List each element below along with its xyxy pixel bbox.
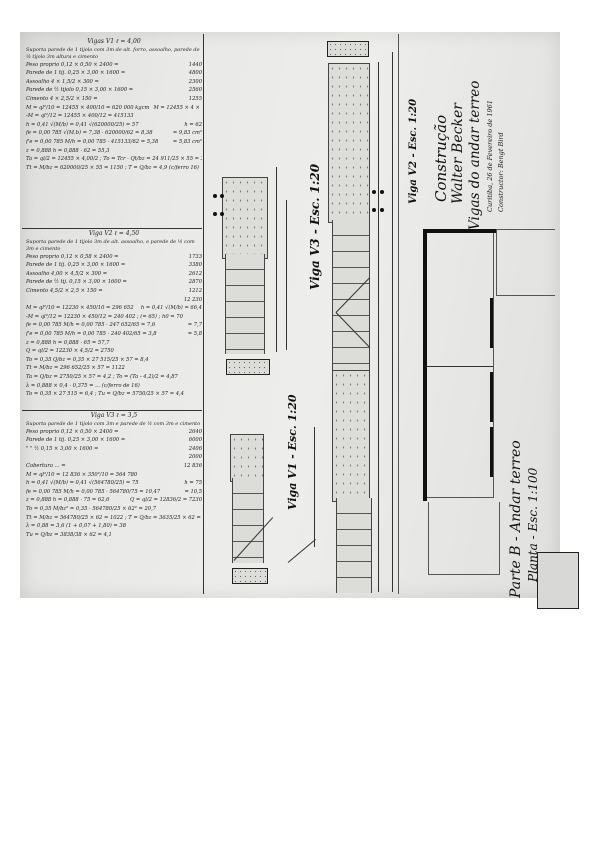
calc-expression: Ta = ql/2 = 12455 × 4,00/2 ; To = Tcr · … bbox=[26, 155, 202, 164]
calc-row: Parede de ½ tijolo 0,15 × 3,00 × 1600 =2… bbox=[26, 86, 202, 95]
section-divider bbox=[22, 228, 202, 229]
drawing-label-v1: Viga V1 - Esc. 1:20 bbox=[286, 394, 299, 510]
calc-row: fe = 0,00 785 M/h = 0,00 785 · 564780/75… bbox=[26, 488, 202, 497]
calc-value: 1440 bbox=[189, 61, 202, 70]
calc-expression: To = 0,35 Q/bz = 0,35 × 27 515/25 × 57 =… bbox=[26, 356, 149, 365]
calc-expression: Tt = M/bz = 620000/25 × 55 = 1150 ; T = … bbox=[26, 164, 199, 173]
calc-value: 3380 bbox=[189, 261, 202, 270]
drawing-label-v3: Viga V3 - Esc. 1:20 bbox=[308, 164, 322, 290]
calc-value: h = 75 bbox=[184, 479, 202, 488]
calc-expression: Peso proprio 0,12 × 0,58 × 2400 = bbox=[26, 253, 119, 262]
drawing-sheet: Vigas V1 ℓ = 4,00 Suporta parede de 1 ti… bbox=[20, 32, 560, 598]
calc-row: fe = 0,00 785 √(M.b) = 7,38 · 620000/62 … bbox=[26, 129, 202, 138]
calc-block-v1: Vigas V1 ℓ = 4,00 Suporta parede de 1 ti… bbox=[26, 38, 202, 172]
calc-value: 2870 bbox=[189, 278, 202, 287]
calc-row: Tu = Q/bz = 3838/38 × 62 = 4,1 bbox=[26, 531, 202, 540]
drawing-label-v2: Viga V2 - Esc. 1:20 bbox=[408, 99, 419, 204]
calc-row: Cobertura ... =12 836 bbox=[26, 462, 202, 471]
calc-value: 2406 bbox=[189, 445, 202, 454]
calc-expression: Parede de 1 tij. 0,25 × 3,00 × 1600 = bbox=[26, 261, 125, 270]
plan-lower-area bbox=[428, 502, 500, 575]
calc-row: Peso proprio 0,12 × 0,58 × 2400 =1733 bbox=[26, 253, 202, 262]
calc-title: Viga V3 ℓ = 3,5 bbox=[26, 412, 202, 421]
calc-expression: Parede de ½ tij. 0,15 × 3,00 × 1600 = bbox=[26, 278, 127, 287]
title-line-4: Curitiba, 26 de Fevereiro de 1961 bbox=[486, 100, 494, 212]
calc-row: h = 0,41 √(M/b) = 0,41 √(620000/25) = 57… bbox=[26, 121, 202, 130]
calc-expression: Tt = M/bz = 564780/25 × 62 = 1022 ; T = … bbox=[26, 514, 202, 523]
calc-expression: Cobertura ... = bbox=[26, 462, 66, 471]
beam-stirrups bbox=[336, 498, 372, 593]
calc-expression: Ta = Q/bz = 2750/25 × 57 = 4,2 ; To = (T… bbox=[26, 373, 178, 382]
calc-expression: -M = ql²/12 = 12230 × 450/12 = 240 402 ;… bbox=[26, 313, 183, 322]
calc-row: λ = 0,888 × 0,4 · 0,375 = ... (c/ferro d… bbox=[26, 382, 202, 391]
calc-row: z = 0,888 h = 0,888 · 65 = 57,7 bbox=[26, 339, 202, 348]
rebar-line bbox=[286, 200, 287, 350]
calc-expression: Tu = Q/bz = 3838/38 × 62 = 4,1 bbox=[26, 531, 112, 540]
calc-expression: M = ql²/10 = 12 836 × 350²/10 = 564 780 bbox=[26, 471, 137, 480]
calc-expression: M = ql²/10 = 12455 × 400/10 = 620 000 kg… bbox=[26, 104, 149, 113]
calc-row: Tt = M/bz = 620000/25 × 55 = 1150 ; T = … bbox=[26, 164, 202, 173]
calc-expression: Cimento 4,5/2 × 2,5 × 150 = bbox=[26, 287, 103, 296]
beam-concrete-mid bbox=[332, 370, 370, 502]
plan-annex bbox=[496, 229, 555, 296]
calc-row: M = ql²/10 = 12230 × 450/10 = 296 652h =… bbox=[26, 304, 202, 313]
calc-expression: Parede de 1 tij. 0,25 × 3,00 × 1600 = bbox=[26, 69, 125, 78]
calc-expression: f'e = 0,00 785 M/h = 0,00 785 · 415133/6… bbox=[26, 138, 158, 147]
calc-row: λ = 0,88 = 3,6 (1 + 0,07 + 1,80) = 38 bbox=[26, 522, 202, 531]
calc-expression: Assoalho 4,00 × 4,5/2 × 300 = bbox=[26, 270, 107, 279]
calc-expression: Q = ql/2 = 12230 × 4,5/2 = 2750 bbox=[26, 347, 114, 356]
rebar-line bbox=[378, 62, 379, 592]
rebar-dot bbox=[372, 208, 376, 212]
rebar-dot bbox=[220, 194, 224, 198]
calc-block-v3: Viga V3 ℓ = 3,5 Suporta parede de 1 tijo… bbox=[26, 412, 202, 539]
calc-value: 2612 bbox=[189, 270, 202, 279]
calc-expression: Tt = M/bz = 296 652/25 × 57 = 1122 bbox=[26, 364, 125, 373]
calc-value: 6000 bbox=[189, 436, 202, 445]
calc-title: Viga V2 ℓ = 4,50 bbox=[26, 230, 202, 239]
calc-row: M = ql²/10 = 12 836 × 350²/10 = 564 780 bbox=[26, 471, 202, 480]
rebar-dot bbox=[380, 190, 384, 194]
calc-intro: Suporta parede de 1 tijolo 3m de alt. as… bbox=[26, 239, 202, 253]
calc-expression: λ = 0,88 = 3,6 (1 + 0,07 + 1,80) = 38 bbox=[26, 522, 126, 531]
calc-value: h = 62 bbox=[184, 121, 202, 130]
title-line-2: Walter Becker bbox=[450, 103, 466, 204]
calc-row: 2000 bbox=[26, 453, 202, 462]
calc-row: Ta = Q/bz = 2750/25 × 57 = 4,2 ; To = (T… bbox=[26, 373, 202, 382]
calc-value: 4800 bbox=[189, 69, 202, 78]
calc-row: Assoalho 4,00 × 4,5/2 × 300 =2612 bbox=[26, 270, 202, 279]
calc-row: Cimento 4 × 2,5/2 × 150 =1255 bbox=[26, 95, 202, 104]
calc-row: To = 0,35 × 27 515 = 6,4 ; Tu = Q/bz = 5… bbox=[26, 390, 202, 399]
beam-stirrups bbox=[232, 478, 264, 563]
frame-line bbox=[398, 34, 399, 594]
calc-row: M = ql²/10 = 12455 × 400/10 = 620 000 kg… bbox=[26, 104, 202, 113]
rebar-dot bbox=[220, 212, 224, 216]
calc-value: 2300 bbox=[189, 78, 202, 87]
calc-expression: M = ql²/10 = 12230 × 450/10 = 296 652 bbox=[26, 304, 134, 313]
calc-row: 12 230 bbox=[26, 296, 202, 305]
calc-expression: Parede de 1 tij. 0,25 × 3,00 × 1600 = bbox=[26, 436, 125, 445]
calc-row: Q = ql/2 = 12230 × 4,5/2 = 2750 bbox=[26, 347, 202, 356]
calc-value: Q = ql/2 = 12836/2 = 7230 bbox=[130, 496, 202, 505]
rebar-dot bbox=[372, 190, 376, 194]
calc-expression: fe = 0,00 785 M/h = 0,00 785 · 247 652/6… bbox=[26, 321, 155, 330]
calc-value: = 5,83 cm² bbox=[173, 138, 202, 147]
beam-cross-section bbox=[226, 359, 270, 375]
rebar-line bbox=[276, 167, 277, 352]
calc-row: h = 0,41 √(M/b) = 0,41 √(564780/25) = 75… bbox=[26, 479, 202, 488]
plan-room-divider bbox=[427, 366, 493, 367]
calc-value: M = 12455 × 4 × 12 = 620 kg bbox=[153, 104, 202, 113]
rebar-dot bbox=[213, 194, 217, 198]
beam-cross-section bbox=[327, 41, 369, 57]
calc-row: Parede de 1 tij. 0,25 × 3,00 × 1600 =480… bbox=[26, 69, 202, 78]
calc-row: Peso proprio 0,12 × 0,50 × 2400 =2640 bbox=[26, 428, 202, 437]
calc-row: -M = ql²/12 = 12455 × 400/12 = 415133 bbox=[26, 112, 202, 121]
calc-expression: λ = 0,888 × 0,4 · 0,375 = ... (c/ferro d… bbox=[26, 382, 140, 391]
calc-row: To = 0,35 Q/bz = 0,35 × 27 515/25 × 57 =… bbox=[26, 356, 202, 365]
calc-expression: fe = 0,00 785 √(M.b) = 7,38 · 620000/62 … bbox=[26, 129, 153, 138]
calc-value: 12 836 bbox=[184, 462, 202, 471]
beam-stirrups bbox=[225, 254, 265, 354]
calc-row: Parede de 1 tij. 0,25 × 3,00 × 1600 =600… bbox=[26, 436, 202, 445]
title-line-5: Constructor: Bengt Bird bbox=[497, 132, 505, 212]
calc-row: Tt = M/bz = 564780/25 × 62 = 1022 ; T = … bbox=[26, 514, 202, 523]
calc-expression: " " ½ 0,15 × 3,00 × 1600 = bbox=[26, 445, 98, 454]
calc-row: Peso proprio 0,12 × 0,50 × 2400 =1440 bbox=[26, 61, 202, 70]
beam-concrete-top bbox=[222, 177, 268, 259]
calc-block-v2: Viga V2 ℓ = 4,50 Suporta parede de 1 tij… bbox=[26, 230, 202, 399]
calc-expression: h = 0,41 √(M/b) = 0,41 √(620000/25) = 57 bbox=[26, 121, 139, 130]
calc-expression: Assoalho 4 × 1,5/2 × 300 = bbox=[26, 78, 99, 87]
plan-label-1: Parte B - Andar terreo bbox=[508, 440, 524, 598]
calc-intro: Suporta parede de 1 tijolo com 3m e pare… bbox=[26, 421, 202, 428]
calc-intro: Suporta parede de 1 tijolo com 3m de alt… bbox=[26, 47, 202, 61]
calc-row: " " ½ 0,15 × 3,00 × 1600 =2406 bbox=[26, 445, 202, 454]
rebar-dot bbox=[213, 212, 217, 216]
rebar-dot bbox=[380, 208, 384, 212]
calc-row: fe = 0,00 785 M/h = 0,00 785 · 247 652/6… bbox=[26, 321, 202, 330]
calc-expression: To = 0,35 M/bz² = 0,35 · 564780/25 × 62²… bbox=[26, 505, 156, 514]
calc-row: f'e = 0,00 785 M/h = 0,00 785 · 415133/6… bbox=[26, 138, 202, 147]
calc-value: 2640 bbox=[189, 428, 202, 437]
calc-title: Vigas V1 ℓ = 4,00 bbox=[26, 38, 202, 47]
title-line-1: Construção bbox=[432, 115, 450, 202]
rebar-line bbox=[314, 427, 315, 547]
calc-expression: Peso proprio 0,12 × 0,50 × 2400 = bbox=[26, 61, 119, 70]
calc-row: Parede de 1 tij. 0,25 × 3,00 × 1600 =338… bbox=[26, 261, 202, 270]
section-divider bbox=[22, 410, 202, 411]
calc-row: -M = ql²/12 = 12230 × 450/12 = 240 402 ;… bbox=[26, 313, 202, 322]
calc-expression: f'e = 0,00 785 M/h = 0,00 785 · 240 402/… bbox=[26, 330, 157, 339]
calc-value: 12 230 bbox=[184, 296, 202, 305]
calc-value: 1733 bbox=[189, 253, 202, 262]
calc-expression: Peso proprio 0,12 × 0,50 × 2400 = bbox=[26, 428, 119, 437]
calc-row: Assoalho 4 × 1,5/2 × 300 =2300 bbox=[26, 78, 202, 87]
calc-value: 1255 bbox=[189, 95, 202, 104]
calc-row: Parede de ½ tij. 0,15 × 3,00 × 1600 =287… bbox=[26, 278, 202, 287]
beam-concrete-top bbox=[230, 434, 264, 482]
calc-row: z = 0,888 h = 0,888 · 75 = 62,6Q = ql/2 … bbox=[26, 496, 202, 505]
calc-expression: z = 0,888 h = 0,888 · 62 = 55,3 bbox=[26, 147, 109, 156]
calc-expression: z = 0,888 h = 0,888 · 75 = 62,6 bbox=[26, 496, 109, 505]
calc-value: 2000 bbox=[189, 453, 202, 462]
approval-stamp bbox=[537, 552, 579, 609]
calc-expression: fe = 0,00 785 M/h = 0,00 785 · 564780/75… bbox=[26, 488, 160, 497]
calc-row: Tt = M/bz = 296 652/25 × 57 = 1122 bbox=[26, 364, 202, 373]
calc-expression: h = 0,41 √(M/b) = 0,41 √(564780/25) = 75 bbox=[26, 479, 139, 488]
calc-row: Ta = ql/2 = 12455 × 4,00/2 ; To = Tcr · … bbox=[26, 155, 202, 164]
calc-expression: -M = ql²/12 = 12455 × 400/12 = 415133 bbox=[26, 112, 134, 121]
title-line-3: Vigas do andar terreo bbox=[467, 81, 483, 230]
bent-bar bbox=[288, 539, 316, 563]
calc-row: z = 0,888 h = 0,888 · 62 = 55,3 bbox=[26, 147, 202, 156]
calc-value: 2560 bbox=[189, 86, 202, 95]
calc-value: 1212 bbox=[189, 287, 202, 296]
calc-expression: Cimento 4 × 2,5/2 × 150 = bbox=[26, 95, 98, 104]
calc-expression: Parede de ½ tijolo 0,15 × 3,00 × 1600 = bbox=[26, 86, 133, 95]
calc-value: = 10,5 bbox=[184, 488, 202, 497]
calc-row: Cimento 4,5/2 × 2,5 × 150 =1212 bbox=[26, 287, 202, 296]
beam-concrete-top bbox=[328, 63, 370, 223]
rebar-line bbox=[392, 52, 393, 592]
calc-expression: To = 0,35 × 27 515 = 6,4 ; Tu = Q/bz = 5… bbox=[26, 390, 184, 399]
calc-row: f'e = 0,00 785 M/h = 0,00 785 · 240 402/… bbox=[26, 330, 202, 339]
calc-value: = 5,8 bbox=[188, 330, 202, 339]
calc-value: = 9,83 cm² bbox=[173, 129, 202, 138]
calc-value: h = 0,41 √(M/b) = 66,4 bbox=[141, 304, 202, 313]
beam-cross-section bbox=[232, 568, 268, 584]
calc-row: To = 0,35 M/bz² = 0,35 · 564780/25 × 62²… bbox=[26, 505, 202, 514]
column-divider bbox=[203, 34, 204, 594]
calc-expression: z = 0,888 h = 0,888 · 65 = 57,7 bbox=[26, 339, 109, 348]
calc-value: = 7,7 bbox=[188, 321, 202, 330]
